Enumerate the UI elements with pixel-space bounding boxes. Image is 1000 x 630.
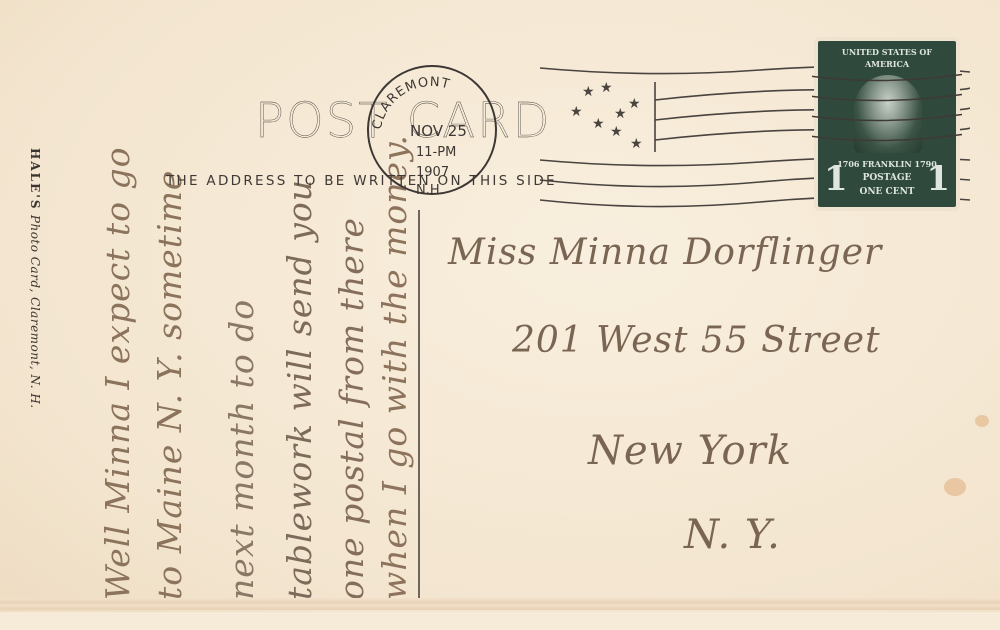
foxing-spot [975, 415, 989, 427]
svg-text:★: ★ [582, 84, 595, 100]
message-line-1: Well Minna I expect to go [98, 10, 137, 600]
svg-text:★: ★ [600, 80, 613, 96]
postage-stamp: UNITED STATES OF AMERICA 1 1 1706 FRANKL… [812, 35, 962, 213]
postmark-year: 1907 [416, 165, 449, 180]
postmark-state: N.H. [416, 183, 444, 198]
publisher-imprint: HALE'S Photo Card, Claremont, N. H. [28, 148, 42, 409]
card-bottom-edge [0, 598, 1000, 610]
card-bottom-margin [0, 612, 1000, 630]
recipient-name: Miss Minna Dorflinger [448, 232, 882, 273]
recipient-city: New York [588, 428, 792, 474]
recipient-state: N. Y. [684, 512, 781, 558]
postcard: HALE'S Photo Card, Claremont, N. H. Well… [0, 0, 1000, 630]
foxing-spot [944, 478, 966, 496]
message-line-2: to Maine N. Y. sometime [150, 60, 189, 600]
svg-text:★: ★ [630, 136, 643, 152]
svg-text:★: ★ [592, 116, 605, 132]
recipient-street: 201 West 55 Street [512, 320, 881, 361]
svg-text:★: ★ [570, 104, 583, 120]
postmark-date: NOV 25 [410, 122, 467, 140]
postmark-time: 11-PM [416, 145, 456, 160]
svg-text:★: ★ [628, 96, 641, 112]
divider-line [418, 210, 420, 602]
svg-text:★: ★ [610, 124, 623, 140]
svg-text:★: ★ [614, 106, 627, 122]
postmark-circle: CLAREMONT NOV 25 11-PM 1907 N.H. [360, 58, 505, 203]
